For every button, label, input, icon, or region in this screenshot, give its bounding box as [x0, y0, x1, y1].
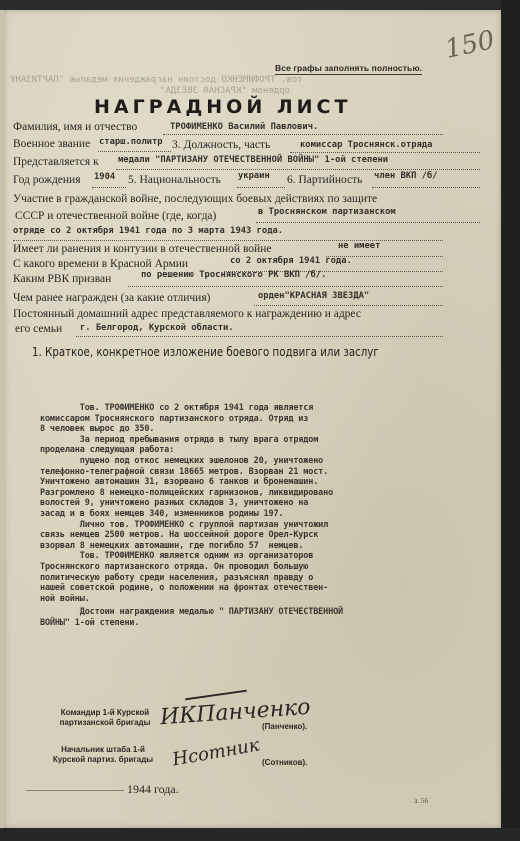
field-line [163, 134, 443, 135]
field-line [92, 187, 126, 188]
field-line [290, 152, 480, 153]
chief-of-staff-title: Начальник штаба 1-й Курской партиз. бриг… [40, 745, 166, 765]
field-line [76, 336, 443, 337]
fill-all-fields-note: Все графы заполнять полностью. [275, 63, 422, 75]
field-label-nationality: 5. Национальность [128, 174, 221, 186]
field-line [372, 187, 480, 188]
document-title: НАГРАДНОЙ ЛИСТ [94, 96, 351, 118]
field-value-birth-year: 1904 [94, 172, 115, 182]
field-label-birth-year: Год рождения [13, 174, 81, 186]
field-label-name: Фамилия, имя и отчество [13, 121, 137, 133]
field-value-name: ТРОФИМЕНКО Василий Павлович. [170, 122, 318, 132]
scan-background-right [501, 0, 520, 841]
paragraph: Лично тов. ТРОФИМЕНКО с группой партизан… [40, 520, 500, 552]
field-line [237, 187, 285, 188]
field-label-nominated-for: Представляется к [13, 156, 99, 168]
bleed-through-line: орденом "КРАСНАЯ ЗВЕЗДА" [160, 86, 290, 96]
scan-background-bottom [0, 828, 520, 841]
field-value-army-since: со 2 октября 1941 года. [230, 256, 352, 266]
field-value-nationality: украин [238, 171, 270, 181]
document-date: 1944 года. [127, 782, 179, 797]
field-label-address-2: его семьи [15, 323, 62, 335]
field-value-nominated-for: медали "ПАРТИЗАНУ ОТЕЧЕСТВЕННОЙ ВОЙНЫ" 1… [118, 155, 388, 165]
section-heading: 1. Краткое, конкретное изложение боевого… [32, 344, 379, 359]
commander-title: Командир 1-й Курской партизанской бригад… [46, 708, 164, 728]
field-line [98, 151, 171, 152]
sheet-number: л. 56 [414, 797, 428, 805]
field-line [128, 286, 443, 287]
field-label-rank: Военное звание [13, 138, 90, 150]
field-line [256, 222, 480, 223]
field-value-rank: старш.политр [99, 137, 163, 147]
field-label-army-since: С какого времени в Красной Армии [13, 258, 188, 270]
paragraph: Тов. ТРОФИМЕНКО является одним из органи… [40, 551, 500, 604]
field-label-party: 6. Партийность [287, 174, 362, 186]
paragraph: Достоин награждения медалью " ПАРТИЗАНУ … [40, 607, 500, 628]
field-label-address: Постоянный домашний адрес представляемог… [13, 308, 361, 320]
field-value-position: комиссар Троснянск.отряда [300, 140, 432, 150]
paragraph: пущено под откос немецких эшелонов 20, у… [40, 456, 500, 520]
field-value-participation-2: отряде со 2 октября 1941 года по 3 марта… [13, 226, 283, 236]
paragraph: Тов. ТРОФИМЕНКО со 2 октября 1941 года я… [40, 403, 500, 435]
field-line [254, 305, 443, 306]
field-value-previous-awards: орден"КРАСНАЯ ЗВЕЗДА" [258, 291, 369, 301]
date-line [26, 790, 124, 791]
field-value-participation-1: в Троснянском партизанском [258, 207, 396, 217]
field-line [116, 169, 480, 170]
commander-name: (Панченко). [262, 722, 307, 731]
field-label-participation-2: СССР и отечественной войне (где, когда) [15, 210, 216, 222]
field-label-drafted-by: Каким РВК призван [13, 273, 111, 285]
field-label-previous-awards: Чем ранее награжден (за какие отличия) [13, 292, 210, 304]
field-label-position: 3. Должность, часть [172, 139, 270, 151]
field-value-drafted-by: по решению Троснянского РК ВКП /б/. [141, 270, 326, 280]
field-value-wounds: не имеет [338, 241, 380, 251]
merit-description: Тов. ТРОФИМЕНКО со 2 октября 1941 года я… [40, 403, 500, 628]
paragraph: За период пребывания отряда в тылу врага… [40, 435, 500, 456]
field-value-party: член ВКП /б/ [374, 171, 438, 181]
field-label-participation: Участие в гражданской войне, последующих… [13, 193, 377, 205]
bleed-through-line: тов. ТРОФИМЕНКО достоин награждения меда… [10, 75, 303, 85]
field-label-wounds: Имеет ли ранения и контузии в отечествен… [13, 243, 271, 255]
field-value-address: г. Белгород, Курской области. [80, 323, 234, 333]
chief-of-staff-name: (Сотников). [262, 758, 307, 767]
